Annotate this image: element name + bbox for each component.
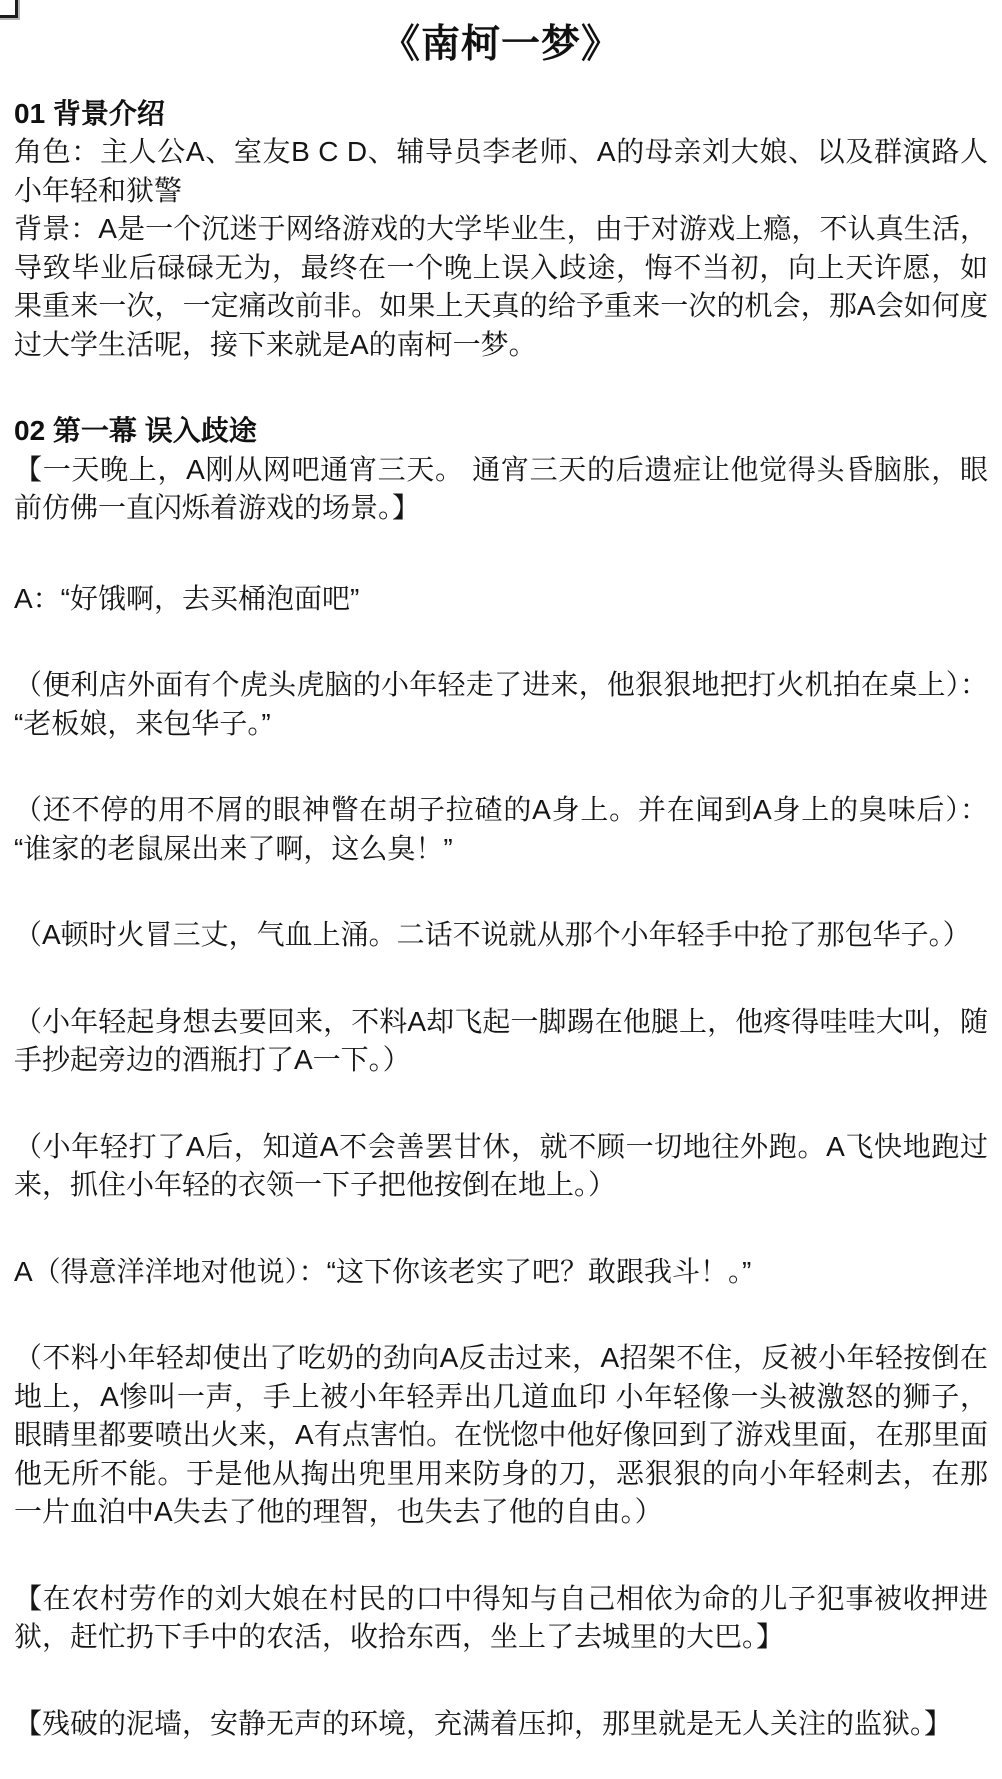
page-title: 《南柯一梦》	[14, 22, 988, 69]
action-direction: （便利店外面有个虎头虎脑的小年轻走了进来，他狠狠地把打火机拍在桌上）：“老板娘，…	[14, 666, 988, 743]
script-document: 《南柯一梦》 01 背景介绍 角色：主人公A、室友B C D、辅导员李老师、A的…	[0, 22, 1002, 1779]
stage-direction: 【在农村劳作的刘大娘在村民的口中得知与自己相依为命的儿子犯事被收押进狱，赶忙扔下…	[14, 1580, 988, 1657]
section-heading-02: 02 第一幕 误入歧途	[14, 412, 988, 451]
dialogue-line-a: A（得意洋洋地对他说）：“这下你该老实了吧？敢跟我斗！。”	[14, 1253, 988, 1292]
document-page: { "doc": { "title": "《南柯一梦》", "blocks": …	[0, 0, 1002, 1779]
section-heading-01: 01 背景介绍	[14, 95, 988, 134]
action-direction: （小年轻起身想去要回来，不料A却飞起一脚踢在他腿上，他疼得哇哇大叫，随手抄起旁边…	[14, 1003, 988, 1080]
stage-direction: 【一天晚上，A刚从网吧通宵三天。 通宵三天的后遗症让他觉得头昏脑胀，眼前仿佛一直…	[14, 451, 988, 528]
background-paragraph: 背景：A是一个沉迷于网络游戏的大学毕业生，由于对游戏上瘾，不认真生活，导致毕业后…	[14, 210, 988, 364]
stage-direction: 【残破的泥墙，安静无声的环境，充满着压抑，那里就是无人关注的监狱。】	[14, 1705, 988, 1744]
action-direction: （还不停的用不屑的眼神瞥在胡子拉碴的A身上。并在闻到A身上的臭味后）：“谁家的老…	[14, 791, 988, 868]
corner-square-marker	[0, 0, 18, 18]
action-direction: （A顿时火冒三丈，气血上涌。二话不说就从那个小年轻手中抢了那包华子。）	[14, 916, 988, 955]
action-direction: （小年轻打了A后，知道A不会善罢甘休，就不顾一切地往外跑。A飞快地跑过来，抓住小…	[14, 1128, 988, 1205]
dialogue-line-a: A：“好饿啊，去买桶泡面吧”	[14, 580, 988, 619]
roles-paragraph: 角色：主人公A、室友B C D、辅导员李老师、A的母亲刘大娘、以及群演路人小年轻…	[14, 133, 988, 210]
action-direction: （不料小年轻却使出了吃奶的劲向A反击过来，A招架不住，反被小年轻按倒在地上，A惨…	[14, 1339, 988, 1532]
